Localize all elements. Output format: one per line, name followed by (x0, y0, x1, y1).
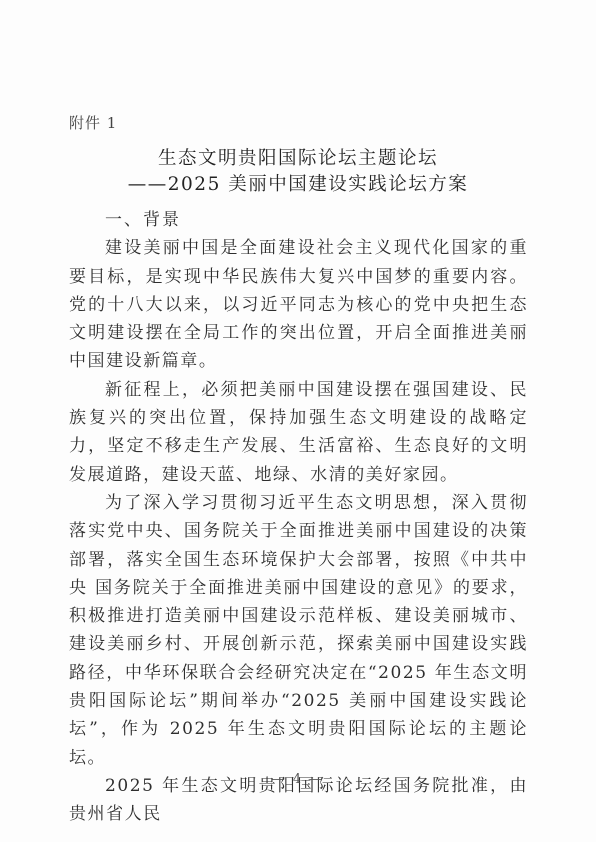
document-title: 生态文明贵阳国际论坛主题论坛 (0, 144, 596, 170)
document-subtitle: ——2025 美丽中国建设实践论坛方案 (0, 170, 596, 196)
paragraph-1: 建设美丽中国是全面建设社会主义现代化国家的重要目标，是实现中华民族伟大复兴中国梦… (69, 234, 528, 375)
attachment-label: 附件 1 (69, 112, 117, 133)
page-number: — 4 — (0, 772, 596, 787)
paragraph-2: 新征程上，必须把美丽中国建设摆在强国建设、民族复兴的突出位置，保持加强生态文明建… (69, 376, 528, 489)
document-page: 附件 1 生态文明贵阳国际论坛主题论坛 ——2025 美丽中国建设实践论坛方案 … (0, 0, 596, 842)
section-heading: 一、背景 (69, 206, 528, 234)
document-body: 一、背景 建设美丽中国是全面建设社会主义现代化国家的重要目标，是实现中华民族伟大… (69, 206, 528, 829)
paragraph-3: 为了深入学习贯彻习近平生态文明思想，深入贯彻落实党中央、国务院关于全面推进美丽中… (69, 489, 528, 772)
